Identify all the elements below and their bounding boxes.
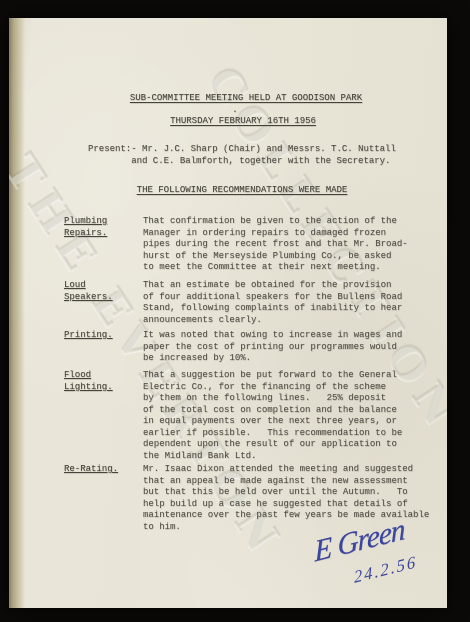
recommendations-subheading: THE FOLLOWING RECOMMENDATIONS WERE MADE: [23, 185, 447, 197]
section-body: That a suggestion be put forward to the …: [143, 370, 447, 462]
scanned-document: THE EVERTON COLLECTION SUB-COMMITTEE MEE…: [0, 0, 470, 622]
section-plumbing-repairs: Plumbing Repairs. That confirmation be g…: [64, 216, 447, 274]
section-label: Printing.: [64, 330, 143, 365]
section-label: Flood Lighting.: [64, 370, 143, 462]
section-label: Plumbing Repairs.: [64, 216, 143, 274]
title-separator-dot: .: [16, 105, 447, 117]
section-body: That confirmation be given to the action…: [143, 216, 447, 274]
section-re-rating: Re-Rating. Mr. Isaac Dixon attended the …: [64, 464, 447, 533]
document-title-date: THURSDAY FEBRUARY 16TH 1956: [24, 116, 447, 128]
section-label: Re-Rating.: [64, 464, 143, 533]
section-body: Mr. Isaac Dixon attended the meeting and…: [143, 464, 447, 533]
document-title-line1: SUB-COMMITTEE MEETING HELD AT GOODISON P…: [27, 93, 447, 105]
section-loud-speakers: Loud Speakers. That an estimate be obtai…: [64, 280, 447, 326]
section-label: Loud Speakers.: [64, 280, 143, 326]
section-printing: Printing. It was noted that owing to inc…: [64, 330, 447, 365]
document-page: THE EVERTON COLLECTION SUB-COMMITTEE MEE…: [9, 18, 447, 608]
section-body: That an estimate be obtained for the pro…: [143, 280, 447, 326]
section-flood-lighting: Flood Lighting. That a suggestion be put…: [64, 370, 447, 462]
signature-date: 24.2.56: [353, 552, 417, 588]
section-body: It was noted that owing to increase in w…: [143, 330, 447, 365]
attendees-paragraph: Present:- Mr. J.C. Sharp (Chair) and Mes…: [88, 144, 396, 167]
